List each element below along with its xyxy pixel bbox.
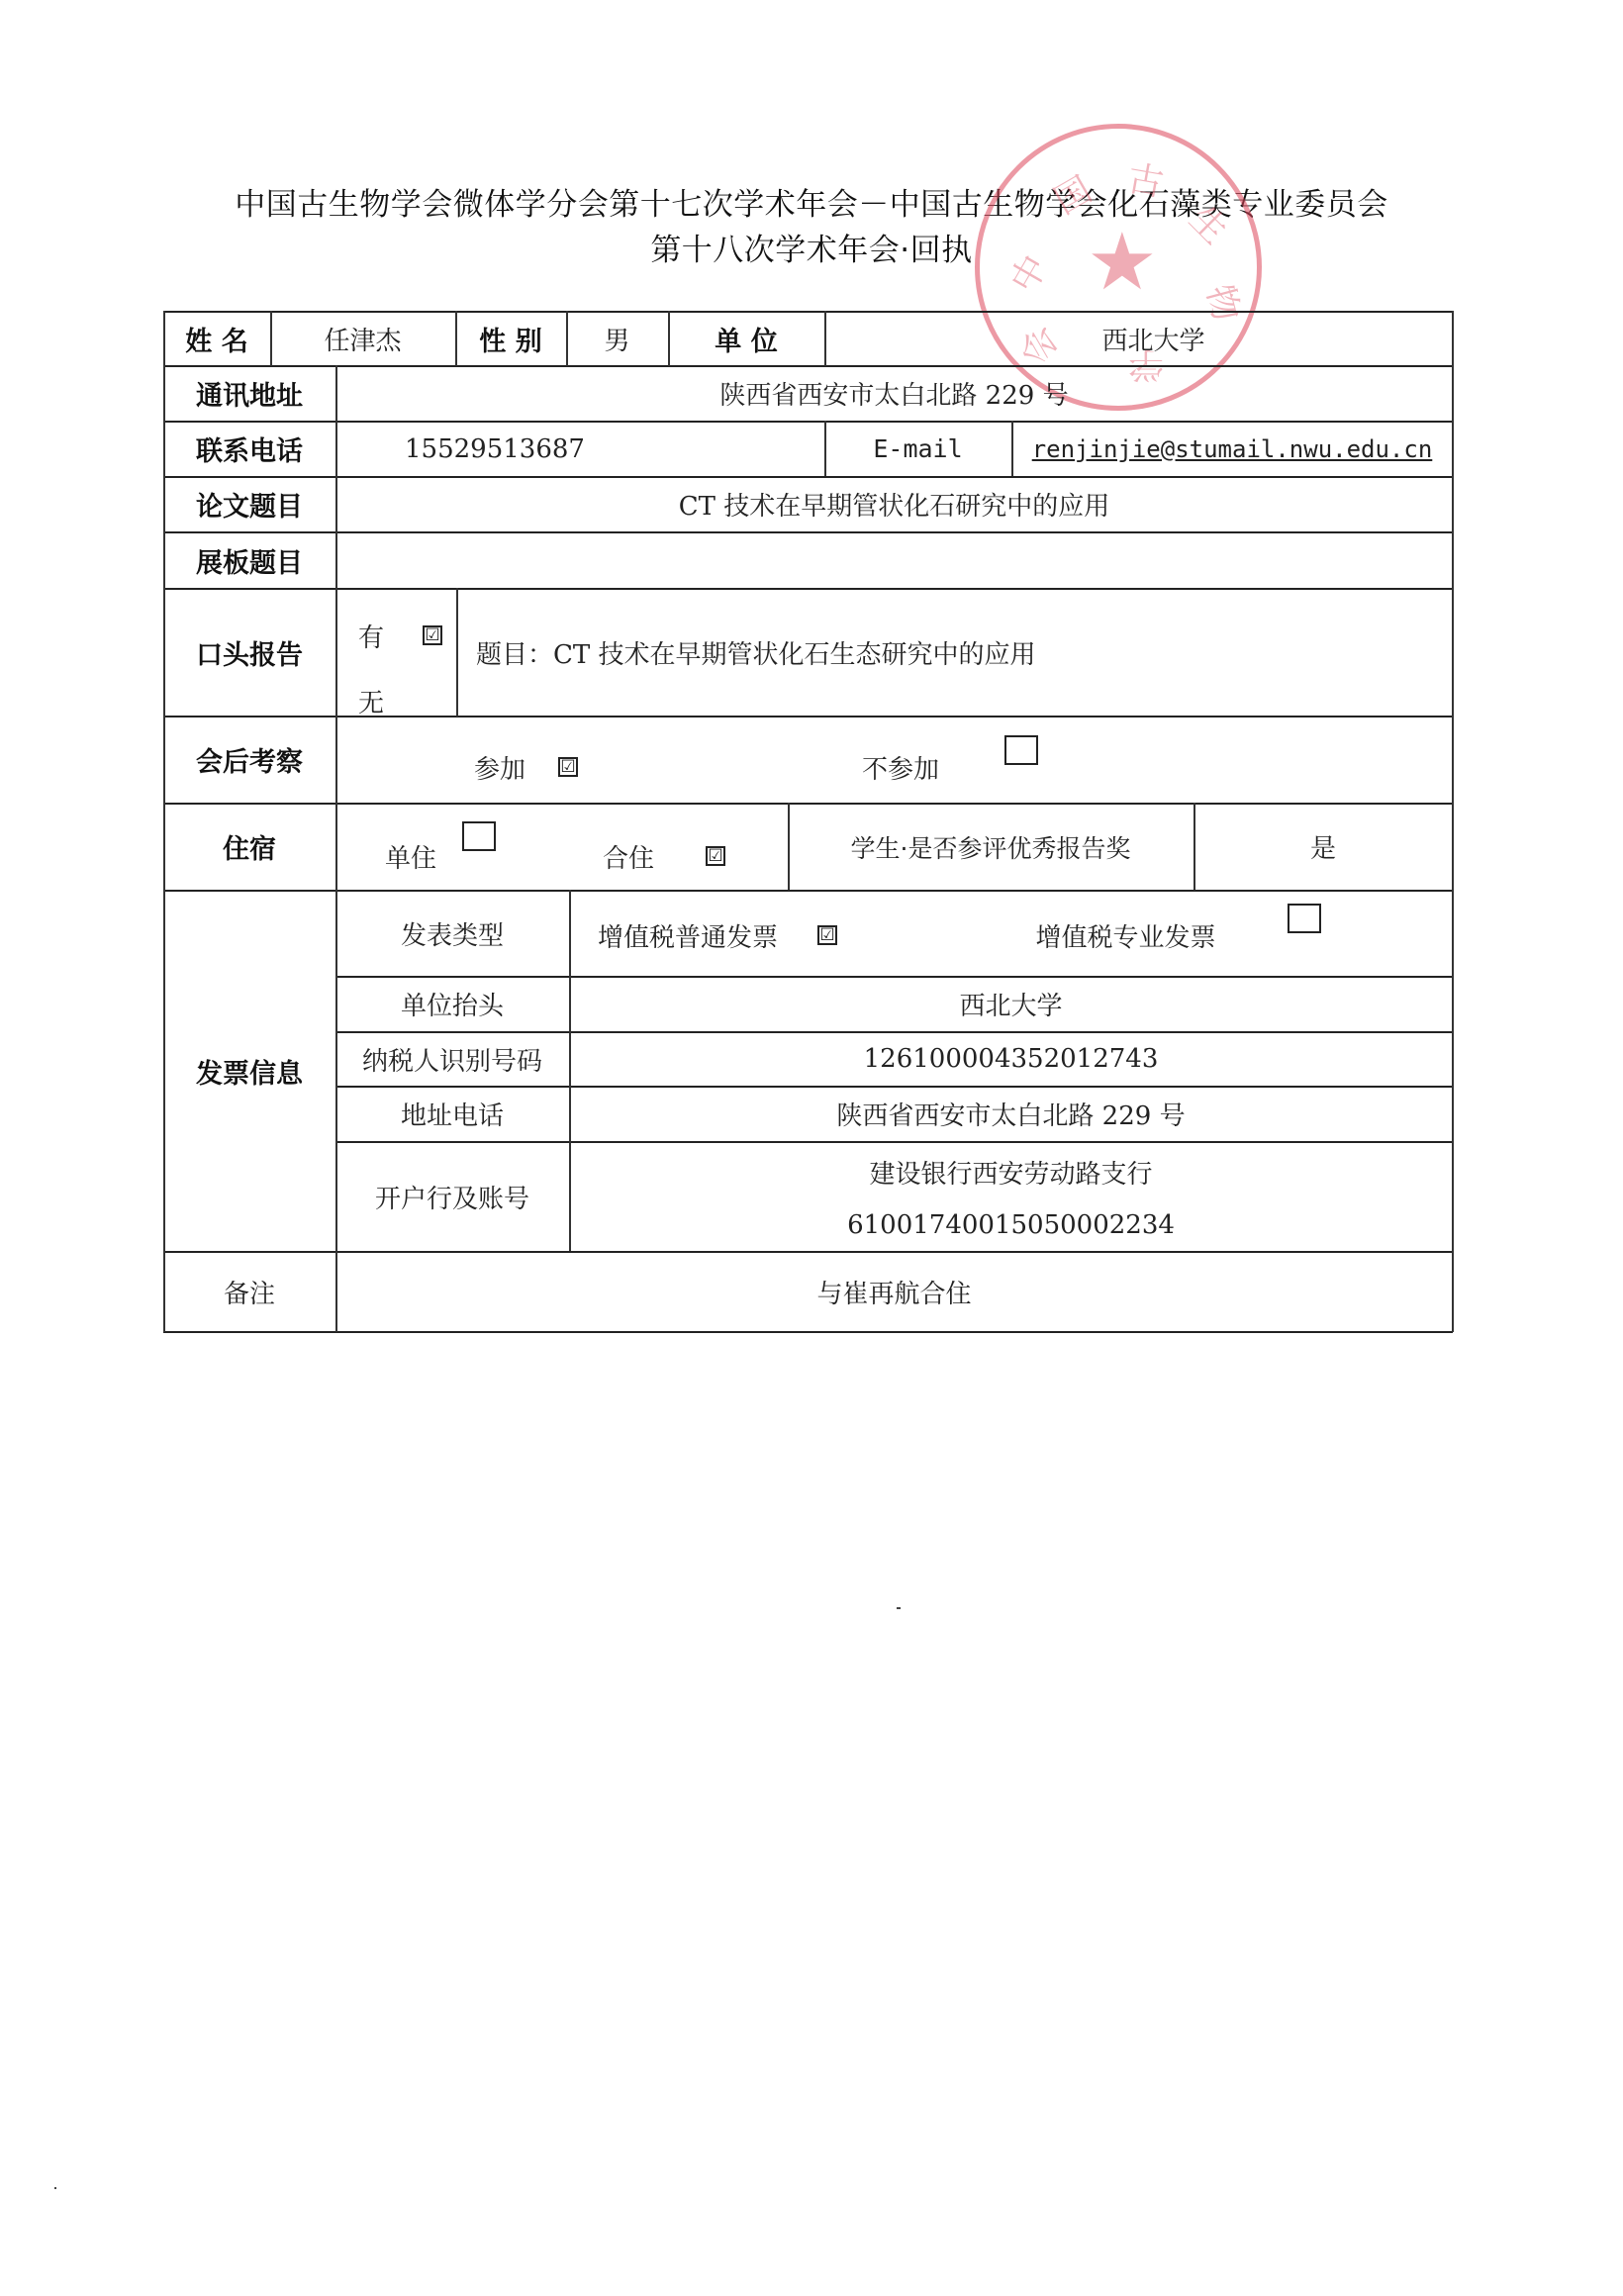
oral-report-yes-checkbox[interactable]: ☑ (419, 622, 446, 649)
checkbox-empty-icon (1004, 735, 1038, 765)
address-value: 陕西省西安市太白北路 229 号 (335, 366, 1453, 421)
field-trip-label: 会后考察 (163, 717, 335, 803)
email-value: renjinjie@stumail.nwu.edu.cn (1011, 422, 1453, 476)
unit-label: 单 位 (668, 312, 824, 366)
bank-name-value: 建设银行西安劳动路支行 (569, 1148, 1453, 1196)
checkbox-empty-icon (1288, 904, 1321, 933)
address-label: 通讯地址 (163, 366, 335, 421)
oral-report-topic: 题目：CT 技术在早期管状化石生态研究中的应用 (456, 589, 1453, 716)
poster-title-value (335, 532, 1453, 588)
lodging-label: 住宿 (163, 804, 335, 890)
invoice-header-label: 单位抬头 (335, 977, 569, 1031)
invoice-type-label: 发表类型 (335, 891, 569, 976)
unit-value: 西北大学 (824, 312, 1453, 366)
name-label: 姓 名 (163, 312, 270, 366)
field-trip-not-attend-checkbox[interactable] (1002, 732, 1041, 768)
invoice-special-checkbox[interactable] (1285, 901, 1324, 936)
remarks-value: 与崔再航合住 (335, 1252, 1453, 1331)
name-value: 任津杰 (270, 312, 455, 366)
invoice-address-phone-value: 陕西省西安市太白北路 229 号 (569, 1087, 1453, 1141)
invoice-special-label: 增值税专业发票 (1019, 915, 1232, 955)
email-label: E-mail (824, 422, 1011, 476)
field-trip-attend-label: 参加 (465, 747, 534, 787)
invoice-ordinary-label: 增值税普通发票 (584, 915, 792, 955)
lodging-single-label: 单住 (376, 836, 445, 876)
checkbox-checked-icon: ☑ (706, 846, 725, 866)
student-award-label: 学生·是否参评优秀报告奖 (788, 804, 1193, 890)
invoice-label: 发票信息 (163, 891, 335, 1251)
gender-value: 男 (566, 312, 668, 366)
form-title-line1: 中国古生物学会微体学分会第十七次学术年会－中国古生物学会化石藻类专业委员会 (0, 179, 1623, 224)
invoice-header-value: 西北大学 (569, 977, 1453, 1031)
field-trip-not-attend-label: 不参加 (851, 747, 950, 787)
checkbox-checked-icon: ☑ (817, 925, 837, 945)
lodging-shared-checkbox[interactable]: ☑ (702, 842, 729, 870)
checkbox-checked-icon: ☑ (558, 757, 578, 777)
phone-value: 15529513687 (335, 422, 824, 476)
scan-speck (897, 1607, 901, 1609)
field-trip-attend-checkbox[interactable]: ☑ (554, 753, 582, 781)
oral-report-label: 口头报告 (163, 589, 335, 716)
scan-speck (54, 2187, 56, 2189)
tax-id-label: 纳税人识别号码 (335, 1032, 569, 1086)
paper-title-value: CT 技术在早期管状化石研究中的应用 (335, 477, 1453, 531)
remarks-label: 备注 (163, 1252, 335, 1331)
checkbox-checked-icon: ☑ (423, 625, 442, 645)
poster-title-label: 展板题目 (163, 532, 335, 588)
checkbox-empty-icon (462, 821, 496, 851)
lodging-shared-label: 合住 (594, 836, 663, 876)
lodging-single-checkbox[interactable] (459, 818, 499, 854)
paper-title-label: 论文题目 (163, 477, 335, 531)
invoice-address-phone-label: 地址电话 (335, 1087, 569, 1141)
bank-account-value: 61001740015050002234 (569, 1201, 1453, 1249)
oral-report-no-label: 无 (351, 681, 391, 720)
oral-report-yes-label: 有 (351, 616, 391, 655)
phone-label: 联系电话 (163, 422, 335, 476)
student-award-value: 是 (1193, 804, 1453, 890)
invoice-ordinary-checkbox[interactable]: ☑ (813, 921, 841, 949)
tax-id-value: 126100004352012743 (569, 1032, 1453, 1086)
bank-label: 开户行及账号 (335, 1142, 569, 1251)
form-title-line2: 第十八次学术年会·回执 (0, 225, 1623, 269)
gender-label: 性 别 (455, 312, 566, 366)
